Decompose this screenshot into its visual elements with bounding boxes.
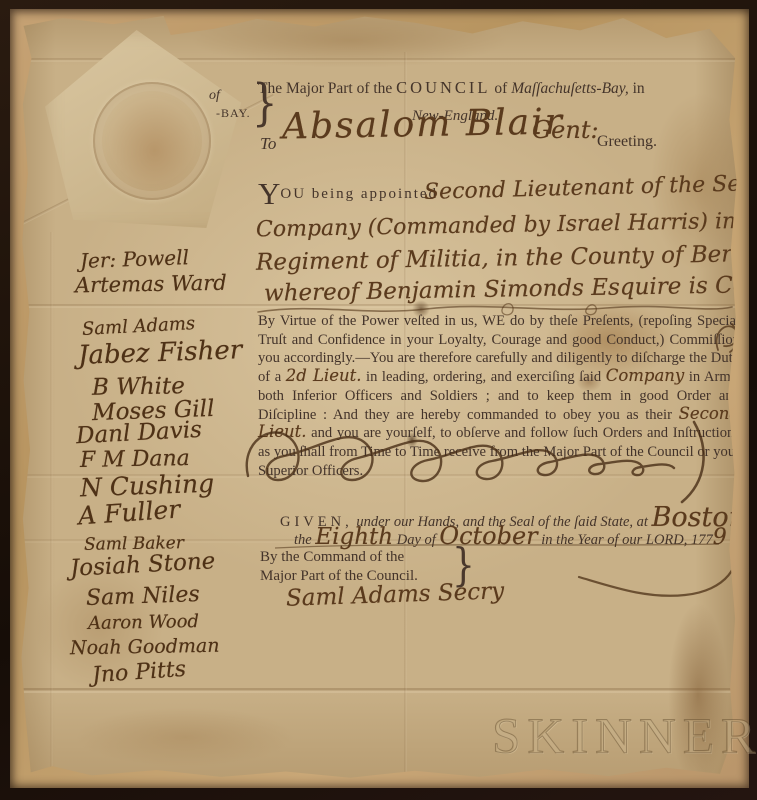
honorific: Gent: [532,116,599,144]
signature: Saml Adams [82,313,196,340]
signature: Jno Pitts [91,657,187,688]
command-line-1: By the Command of the [260,549,404,565]
fold-crease [50,232,53,772]
heading-pre: The Major Part of the [258,80,396,97]
signature: Sam Niles [86,582,200,611]
fragment-bay: -BAY. [216,106,251,121]
heading-council: COUNCIL [396,78,490,97]
massachusetts-embossed-seal [93,82,211,200]
skinner-watermark: SKINNER [492,708,757,766]
signature: Artemas Ward [75,271,227,298]
signature: A Fuller [77,494,181,530]
signature: Aaron Wood [88,611,199,634]
fragment-of: of [209,88,220,104]
document-paper: of -BAY. } The Major Part of the COUNCIL… [20,12,738,780]
heading-mid: of [491,80,512,97]
signature: Danl Davis [75,417,202,450]
heading-end: in [629,80,645,97]
dropcap-y: Y [258,176,280,211]
commission-script-2: Company [606,366,685,385]
recipient-name: Absalom Blair [282,102,565,148]
signature: Noah Goodman [70,635,220,660]
commission-print-2: in leading, ordering, and exerciſing ſai… [361,369,605,385]
council-heading: The Major Part of the COUNCIL of Maſſach… [258,78,645,98]
greeting: Greeting. [597,133,657,151]
signature: F M Dana [80,446,190,473]
heading-colony: Maſſachuſetts-Bay, [511,80,629,97]
command-block: By the Command of the Major Part of the … [260,548,418,586]
appointment-intro: YOU being appointed [258,184,438,204]
to-label: To [260,134,276,154]
calligraphic-flourish [242,416,742,508]
signature: Jer: Powell [80,245,190,273]
appointment-intro-text: OU being appointed [280,186,438,202]
fold-crease [20,688,738,693]
stain [75,707,295,767]
appointment-script-3: Regiment of Militia, in the County of Be… [256,240,757,276]
signature: Jabez Fisher [78,335,243,371]
commission-script-1: 2d Lieut. [286,366,362,385]
framed-document-photo: of -BAY. } The Major Part of the COUNCIL… [0,0,757,800]
